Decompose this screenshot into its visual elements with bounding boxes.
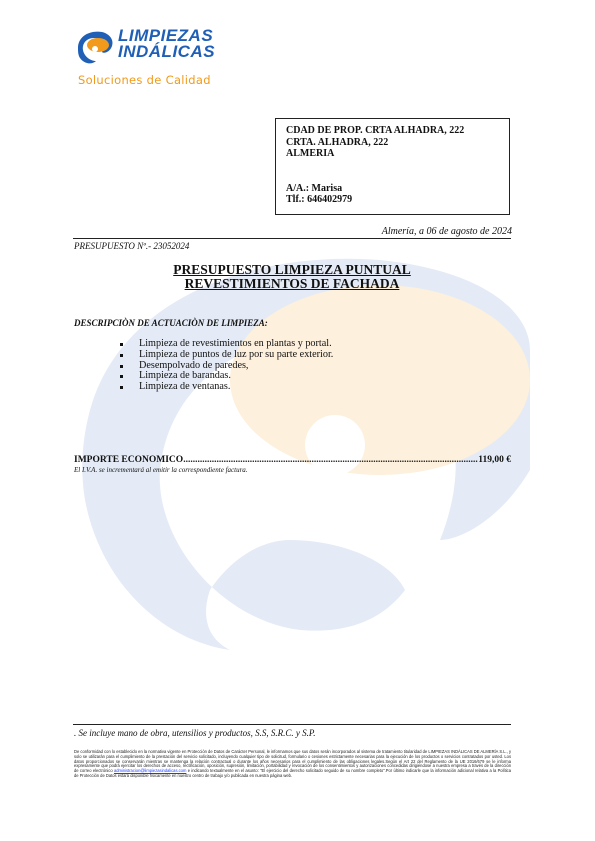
cleaning-tasks-list: Limpieza de revestimientos en plantas y …	[120, 339, 333, 393]
list-item: Limpieza de puntos de luz por su parte e…	[120, 350, 333, 361]
divider	[73, 724, 511, 725]
amount-label: IMPORTE ECONOMICO	[74, 455, 183, 465]
document-title: PRESUPUESTO LIMPIEZA PUNTUAL REVESTIMIEN…	[73, 263, 511, 291]
company-tagline: Soluciones de Calidad	[78, 73, 211, 87]
recipient-attention: A/A.: Marisa	[286, 183, 499, 195]
list-item: Limpieza de ventanas.	[120, 382, 333, 393]
recipient-name: CDAD DE PROP. CRTA ALHADRA, 222	[286, 125, 499, 137]
recipient-city: ALMERIA	[286, 148, 499, 160]
budget-number: PRESUPUESTO Nº.- 23052024	[74, 241, 189, 251]
recipient-address-box: CDAD DE PROP. CRTA ALHADRA, 222 CRTA. AL…	[275, 118, 510, 215]
company-name: LIMPIEZAS INDÁLICAS	[118, 28, 215, 60]
recipient-street: CRTA. ALHADRA, 222	[286, 137, 499, 149]
document-date: Almería, a 06 de agosto de 2024	[382, 226, 512, 237]
amount-value: 119,00 €	[478, 455, 511, 465]
company-logo: LIMPIEZAS INDÁLICAS Soluciones de Calida…	[74, 26, 234, 88]
includes-note: . Se incluye mano de obra, utensilios y …	[74, 728, 315, 738]
vat-note: El I.V.A. se incrementará al emitir la c…	[74, 466, 248, 474]
divider	[73, 238, 511, 239]
data-protection-notice: De conformidad con lo establecido en la …	[74, 750, 511, 779]
limpiezas-indalicas-logo-icon	[74, 28, 116, 68]
logo-watermark	[60, 240, 530, 660]
description-heading: DESCRIPCIÒN DE ACTUACIÒN DE LIMPIEZA:	[74, 318, 268, 328]
dot-leader: ........................................…	[183, 455, 478, 465]
amount-line: IMPORTE ECONOMICO ......................…	[74, 455, 511, 465]
recipient-phone: Tlf.: 646402979	[286, 194, 499, 206]
